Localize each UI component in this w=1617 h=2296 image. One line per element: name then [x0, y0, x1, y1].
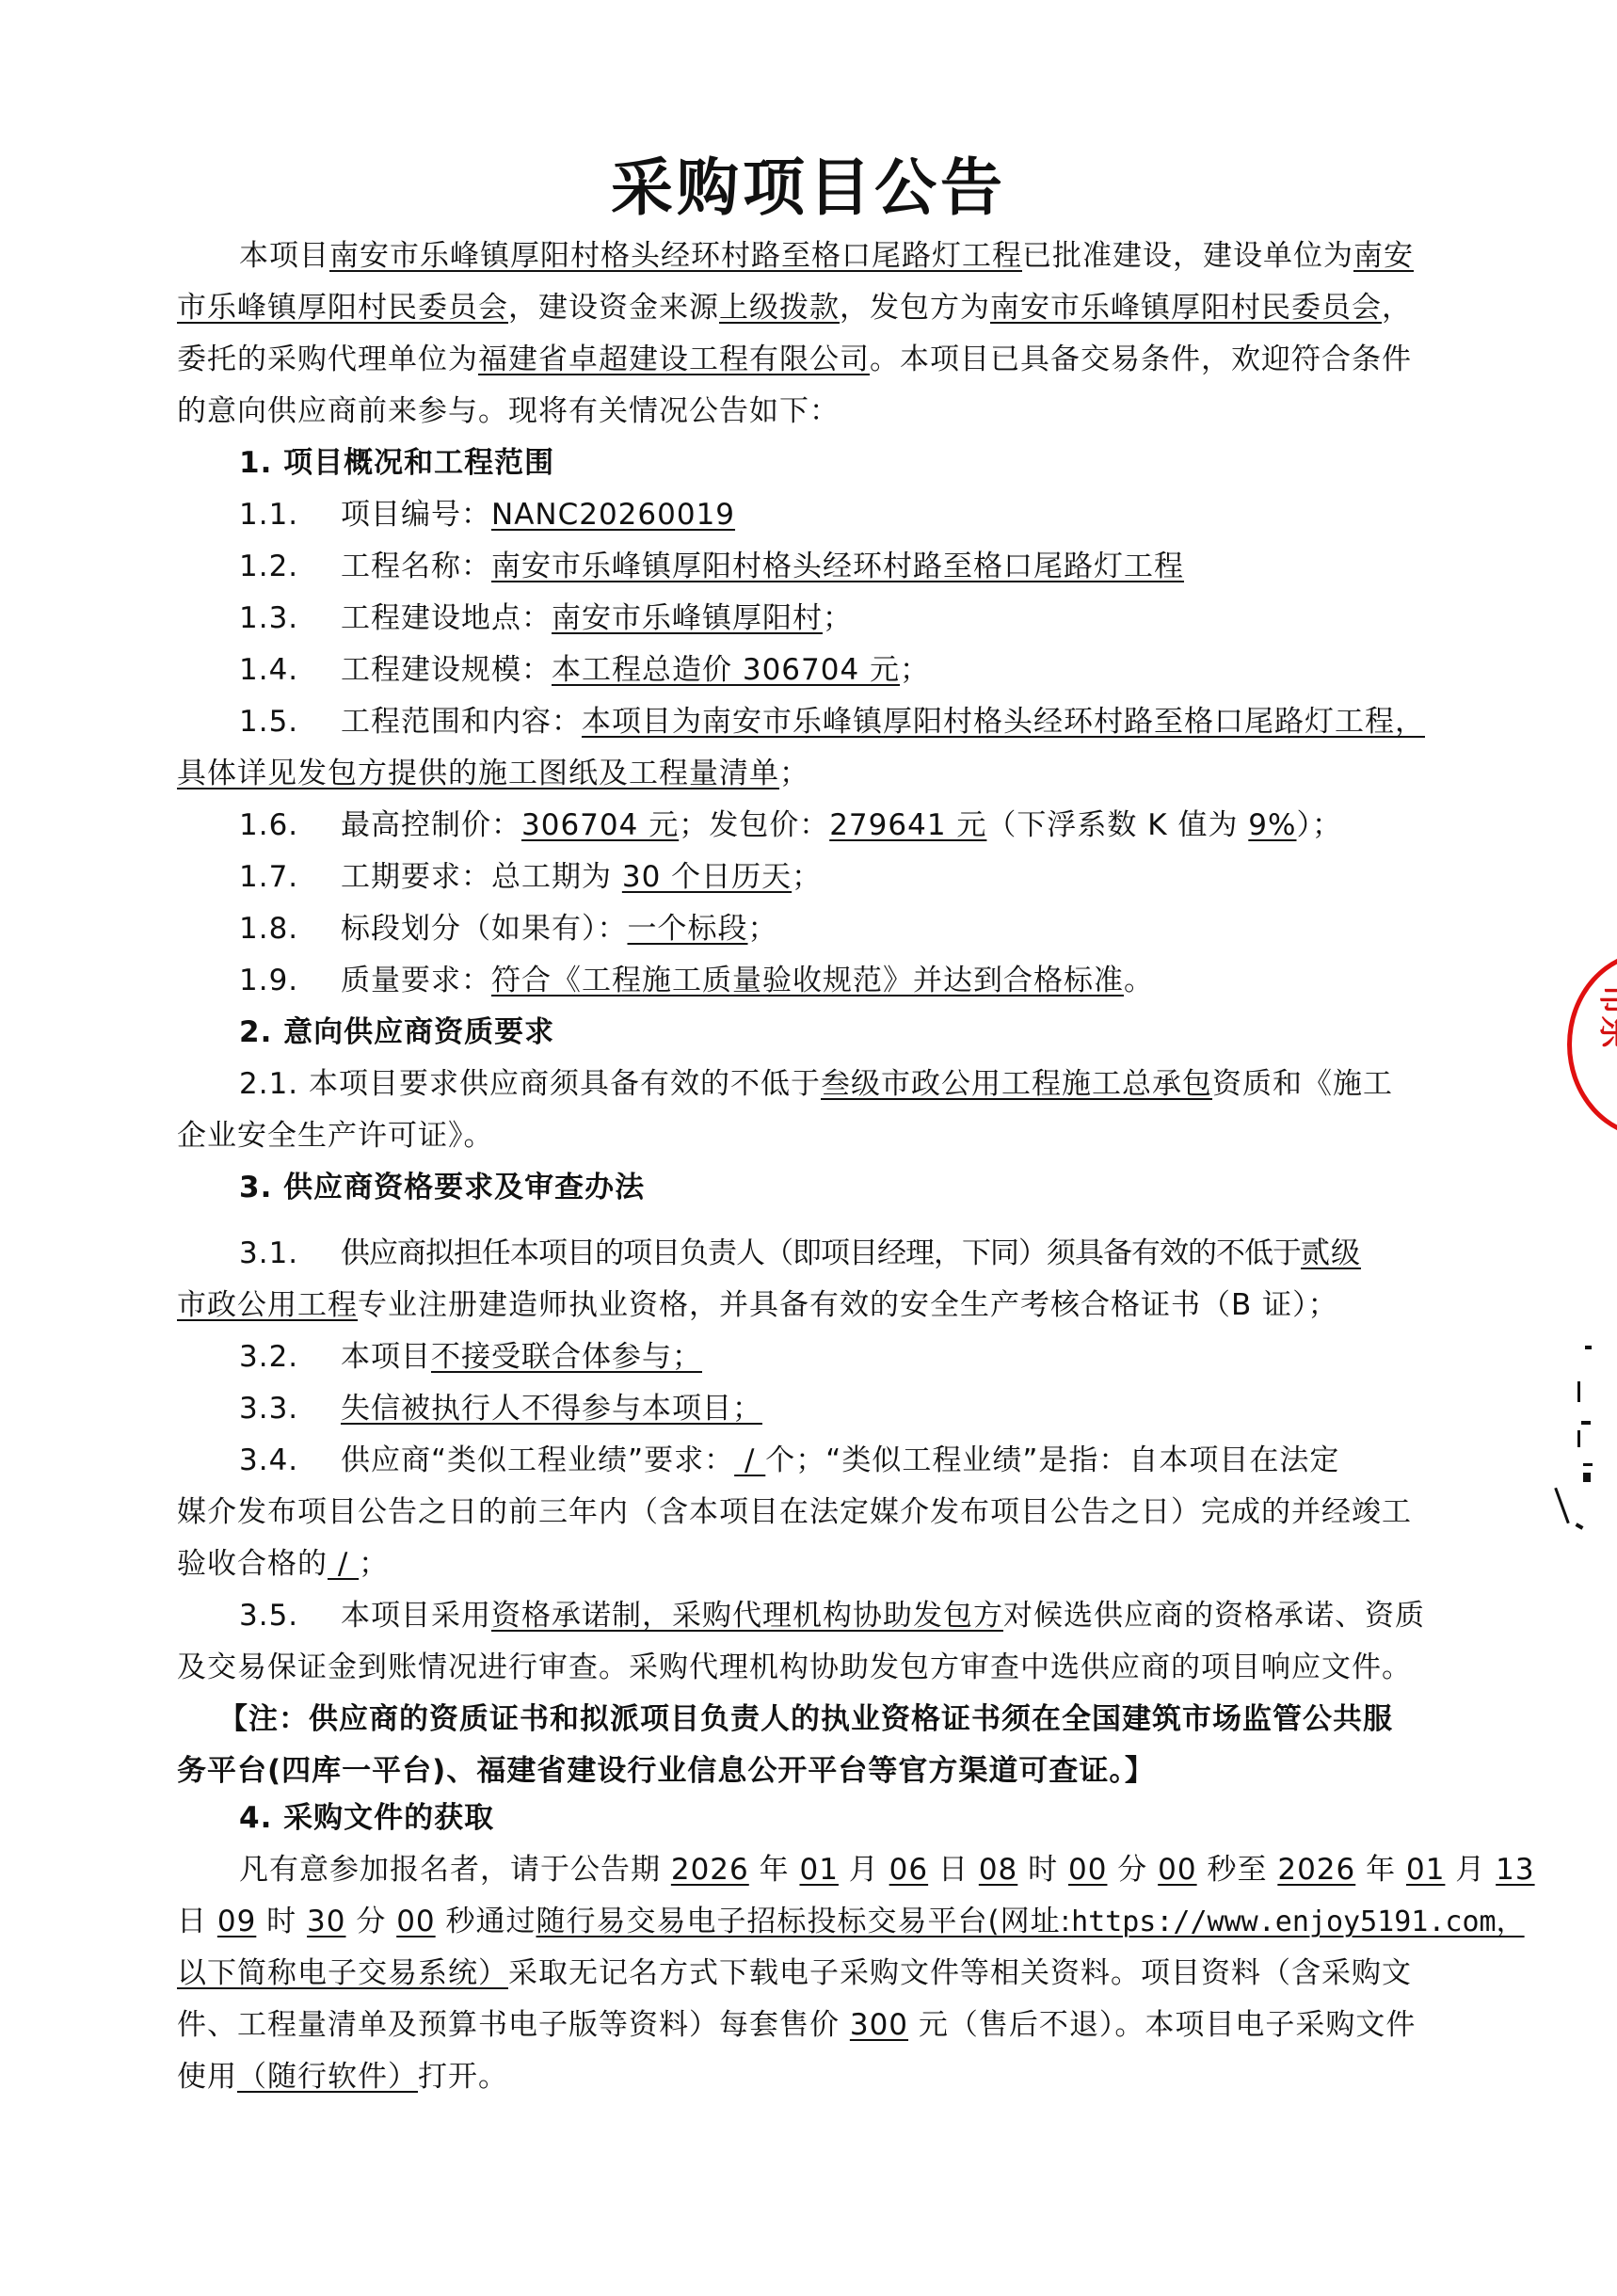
section-4-heading: 4. 采购文件的获取 — [239, 1799, 1510, 1837]
note-line-2: 务平台(四库一平台)、福建省建设行业信息公开平台等官方渠道可查证。】 — [177, 1752, 1448, 1790]
text: ）； — [1296, 808, 1342, 842]
text: ； — [779, 757, 809, 790]
item-3-1-cont: 市政公用工程专业注册建造师执业资格，并具备有效的安全生产考核合格证书（B 证）； — [177, 1286, 1448, 1324]
site-location: 南安市乐峰镇厚阳村 — [552, 601, 823, 635]
acquisition-line-1: 凡有意参加报名者，请于公告期 2026 年 01 月 06 日 08 时 00 … — [239, 1851, 1510, 1889]
text: 已批准建设，建设单位为 — [1022, 239, 1353, 273]
item-3-2: 3.2.本项目不接受联合体参与； — [239, 1338, 1510, 1376]
text: ， — [1382, 291, 1412, 325]
scope-value: 本项目为南安市乐峰镇厚阳村格头经环村路至格口尾路灯工程， — [582, 705, 1425, 739]
item-number: 1.8. — [239, 910, 341, 948]
similar-projects-value: / — [328, 1547, 359, 1581]
text: 分 — [345, 1905, 396, 1938]
text: ，发包方为 — [840, 291, 990, 325]
project-scale: 本工程总造价 306704 元 — [552, 653, 900, 687]
intro-line-4: 的意向供应商前来参与。现将有关情况公告如下： — [177, 392, 1448, 430]
lot-division: 一个标段 — [628, 912, 748, 946]
review-method: 资格承诺制，采购代理机构协助发包方 — [491, 1599, 1003, 1633]
document-price: 300 — [850, 2008, 908, 2042]
text: 本项目 — [341, 1340, 431, 1374]
dishonest-rule: 失信被执行人不得参与本项目； — [341, 1392, 762, 1426]
item-label: 工程名称： — [341, 550, 491, 583]
end-year: 2026 — [1277, 1853, 1355, 1887]
intro-line-3: 委托的采购代理单位为福建省卓超建设工程有限公司。本项目已具备交易条件，欢迎符合条… — [177, 341, 1448, 378]
text: 凡有意参加报名者，请于公告期 — [239, 1853, 671, 1887]
item-number: 1.1. — [239, 496, 341, 534]
text: ； — [792, 860, 822, 894]
item-1-7: 1.7.工期要求：总工期为 30 个日历天； — [239, 858, 1510, 896]
text: 供应商拟担任本项目的项目负责人（即项目经理，下同）须具备有效的不低于 — [341, 1236, 1301, 1270]
section-3-heading: 3. 供应商资格要求及审查办法 — [239, 1169, 1510, 1206]
item-label: 工程建设地点： — [341, 601, 552, 635]
item-label: 质量要求： — [341, 964, 491, 997]
start-minute: 00 — [1068, 1853, 1107, 1887]
text: 本项目采用 — [341, 1599, 491, 1633]
text: 分 — [1107, 1853, 1158, 1887]
text: ；发包价： — [679, 808, 829, 842]
text: 件、工程量清单及预算书电子版等资料）每套售价 — [177, 2008, 850, 2042]
text: 月 — [839, 1853, 889, 1887]
text: 。本项目已具备交易条件，欢迎符合条件 — [870, 343, 1412, 376]
item-1-9: 1.9.质量要求：符合《工程施工质量验收规范》并达到合格标准。 — [239, 962, 1510, 999]
text: （下浮系数 K 值为 — [986, 808, 1248, 842]
text: ，建设资金来源 — [508, 291, 719, 325]
text: 采取无记名方式下载电子采购文件等相关资料。项目资料（含采购文 — [508, 1956, 1412, 1990]
text: 年 — [749, 1853, 800, 1887]
item-1-1: 1.1.项目编号：NANC20260019 — [239, 496, 1510, 534]
text: 时 — [1017, 1853, 1068, 1887]
item-label: 标段划分（如果有）： — [341, 912, 628, 946]
item-3-4: 3.4.供应商“类似工程业绩”要求： / 个；“类似工程业绩”是指：自本项目在法… — [239, 1442, 1510, 1479]
builder-name-part1: 南安 — [1353, 239, 1414, 273]
item-number: 2.1. — [239, 1067, 298, 1101]
text: 元（售后不退）。本项目电子采购文件 — [908, 2008, 1416, 2042]
item-number: 1.3. — [239, 599, 341, 637]
item-number: 1.9. — [239, 962, 341, 999]
text: 秒通过 — [436, 1905, 536, 1938]
text: 个；“类似工程业绩”是指：自本项目在法定 — [765, 1443, 1339, 1477]
section-1-heading: 1. 项目概况和工程范围 — [239, 444, 1510, 482]
max-price: 306704 元 — [521, 808, 679, 842]
consortium-rule: 不接受联合体参与； — [431, 1340, 702, 1374]
start-year: 2026 — [671, 1853, 749, 1887]
item-1-6: 1.6.最高控制价：306704 元；发包价：279641 元（下浮系数 K 值… — [239, 806, 1510, 844]
fund-source: 上级拨款 — [719, 291, 840, 325]
platform-abbreviation: 以下简称电子交易系统） — [177, 1956, 508, 1990]
item-label: 工期要求：总工期为 — [341, 860, 622, 894]
acquisition-line-2: 日 09 时 30 分 00 秒通过随行易交易电子招标投标交易平台(网址:htt… — [177, 1903, 1448, 1941]
software-name: （随行软件） — [237, 2060, 418, 2094]
text: ； — [359, 1547, 389, 1581]
item-number: 1.2. — [239, 548, 341, 585]
text: 月 — [1445, 1853, 1496, 1887]
text: ； — [823, 601, 853, 635]
item-1-5: 1.5.工程范围和内容：本项目为南安市乐峰镇厚阳村格头经环村路至格口尾路灯工程， — [239, 703, 1510, 741]
item-number: 3.3. — [239, 1390, 341, 1427]
item-3-4-line-3: 验收合格的 / ； — [177, 1545, 1448, 1583]
text: 供应商“类似工程业绩”要求： — [341, 1443, 734, 1477]
text: 打开。 — [418, 2060, 508, 2094]
item-number: 1.4. — [239, 651, 341, 689]
employer: 南安市乐峰镇厚阳村民委员会 — [990, 291, 1382, 325]
item-2-1: 2.1. 本项目要求供应商须具备有效的不低于叁级市政公用工程施工总承包资质和《施… — [239, 1065, 1510, 1103]
item-3-4-line-2: 媒介发布项目公告之日的前三年内（含本项目在法定媒介发布项目公告之日）完成的并经竣… — [177, 1493, 1448, 1531]
text: 日 — [928, 1853, 979, 1887]
project-name: 南安市乐峰镇厚阳村格头经环村路至格口尾路灯工程 — [329, 239, 1022, 273]
text: 资质和《施工 — [1212, 1067, 1393, 1101]
quality-requirement: 符合《工程施工质量验收规范》并达到合格标准 — [491, 964, 1124, 997]
item-number: 3.2. — [239, 1338, 341, 1376]
similar-projects-count: / — [734, 1443, 765, 1477]
official-seal-stamp: 市乐 — [1567, 950, 1617, 1139]
item-1-2: 1.2.工程名称：南安市乐峰镇厚阳村格头经环村路至格口尾路灯工程 — [239, 548, 1510, 585]
agent-name: 福建省卓超建设工程有限公司 — [478, 343, 870, 376]
discount-rate: 9% — [1248, 808, 1296, 842]
builder-name-part2: 市乐峰镇厚阳村民委员会 — [177, 291, 508, 325]
end-second: 00 — [396, 1905, 435, 1938]
start-day: 06 — [889, 1853, 928, 1887]
qualification-grade: 叁级 — [821, 1067, 881, 1101]
item-1-5-cont: 具体详见发包方提供的施工图纸及工程量清单； — [177, 755, 1448, 792]
intro-line-2: 市乐峰镇厚阳村民委员会，建设资金来源上级拨款，发包方为南安市乐峰镇厚阳村民委员会… — [177, 289, 1448, 327]
end-minute: 30 — [307, 1905, 345, 1938]
constructor-grade: 贰级 — [1301, 1236, 1361, 1270]
item-number: 3.4. — [239, 1442, 341, 1479]
section-2-heading: 2. 意向供应商资质要求 — [239, 1013, 1510, 1051]
page-title: 采购项目公告 — [0, 151, 1617, 226]
end-hour: 09 — [217, 1905, 256, 1938]
item-3-5-line-2: 及交易保证金到账情况进行审查。采购代理机构协助发包方审查中选供应商的项目响应文件… — [177, 1649, 1448, 1686]
project-title-value: 南安市乐峰镇厚阳村格头经环村路至格口尾路灯工程 — [491, 550, 1184, 583]
document-page: 采购项目公告 本项目南安市乐峰镇厚阳村格头经环村路至格口尾路灯工程已批准建设，建… — [0, 0, 1617, 2296]
intro-line-1: 本项目南安市乐峰镇厚阳村格头经环村路至格口尾路灯工程已批准建设，建设单位为南安 — [239, 237, 1510, 275]
start-second: 00 — [1158, 1853, 1196, 1887]
text: 本项目要求供应商须具备有效的不低于 — [298, 1067, 821, 1101]
platform-name: 随行易交易电子招标投标交易平台(网址: — [536, 1905, 1072, 1938]
item-1-8: 1.8.标段划分（如果有）：一个标段； — [239, 910, 1510, 948]
acquisition-line-4: 件、工程量清单及预算书电子版等资料）每套售价 300 元（售后不退）。本项目电子… — [177, 2006, 1448, 2044]
platform-url-link[interactable]: https://www.enjoy5191.com， — [1071, 1905, 1525, 1938]
text: 对候选供应商的资格承诺、资质 — [1003, 1599, 1425, 1633]
item-label: 工程范围和内容： — [341, 705, 582, 739]
text: 。 — [1124, 964, 1154, 997]
text: 日 — [177, 1905, 217, 1938]
text: 专业注册建造师执业资格，并具备有效的安全生产考核合格证书（B 证）； — [358, 1288, 1338, 1322]
qualification-type: 市政公用工程施工总承包 — [881, 1067, 1212, 1101]
acquisition-line-3: 以下简称电子交易系统）采取无记名方式下载电子采购文件等相关资料。项目资料（含采购… — [177, 1954, 1448, 1992]
item-number: 1.5. — [239, 703, 341, 741]
note-line-1: 【注：供应商的资质证书和拟派项目负责人的执业资格证书须在全国建筑市场监管公共服 — [218, 1700, 1489, 1738]
item-2-1-cont: 企业安全生产许可证》。 — [177, 1117, 1448, 1155]
item-number: 1.7. — [239, 858, 341, 896]
text: 年 — [1355, 1853, 1406, 1887]
start-month: 01 — [799, 1853, 838, 1887]
project-code: NANC20260019 — [491, 498, 735, 532]
item-3-5: 3.5.本项目采用资格承诺制，采购代理机构协助发包方对候选供应商的资格承诺、资质 — [239, 1597, 1510, 1634]
scope-value-cont: 具体详见发包方提供的施工图纸及工程量清单 — [177, 757, 779, 790]
item-1-4: 1.4.工程建设规模：本工程总造价 306704 元； — [239, 651, 1510, 689]
text: 秒至 — [1197, 1853, 1278, 1887]
item-label: 项目编号： — [341, 498, 491, 532]
constructor-specialty: 市政公用工程 — [177, 1288, 358, 1322]
item-label: 工程建设规模： — [341, 653, 552, 687]
edge-scan-marks — [1544, 1336, 1600, 1553]
text: ； — [900, 653, 930, 687]
text: ； — [748, 912, 778, 946]
item-3-3: 3.3.失信被执行人不得参与本项目； — [239, 1390, 1510, 1427]
text: 验收合格的 — [177, 1547, 328, 1581]
start-hour: 08 — [979, 1853, 1017, 1887]
acquisition-line-5: 使用（随行软件）打开。 — [177, 2058, 1448, 2096]
item-number: 3.1. — [239, 1235, 341, 1272]
item-number: 3.5. — [239, 1597, 341, 1634]
item-label: 最高控制价： — [341, 808, 521, 842]
contract-price: 279641 元 — [829, 808, 986, 842]
item-1-3: 1.3.工程建设地点：南安市乐峰镇厚阳村； — [239, 599, 1510, 637]
text: 委托的采购代理单位为 — [177, 343, 478, 376]
item-number: 1.6. — [239, 806, 341, 844]
seal-text: 市乐 — [1594, 984, 1617, 1048]
text: 本项目 — [239, 239, 329, 273]
text: 使用 — [177, 2060, 237, 2094]
item-3-1: 3.1.供应商拟担任本项目的项目负责人（即项目经理，下同）须具备有效的不低于贰级 — [239, 1235, 1510, 1272]
text: 时 — [256, 1905, 307, 1938]
end-day: 13 — [1496, 1853, 1534, 1887]
duration: 30 个日历天 — [622, 860, 792, 894]
end-month: 01 — [1406, 1853, 1445, 1887]
